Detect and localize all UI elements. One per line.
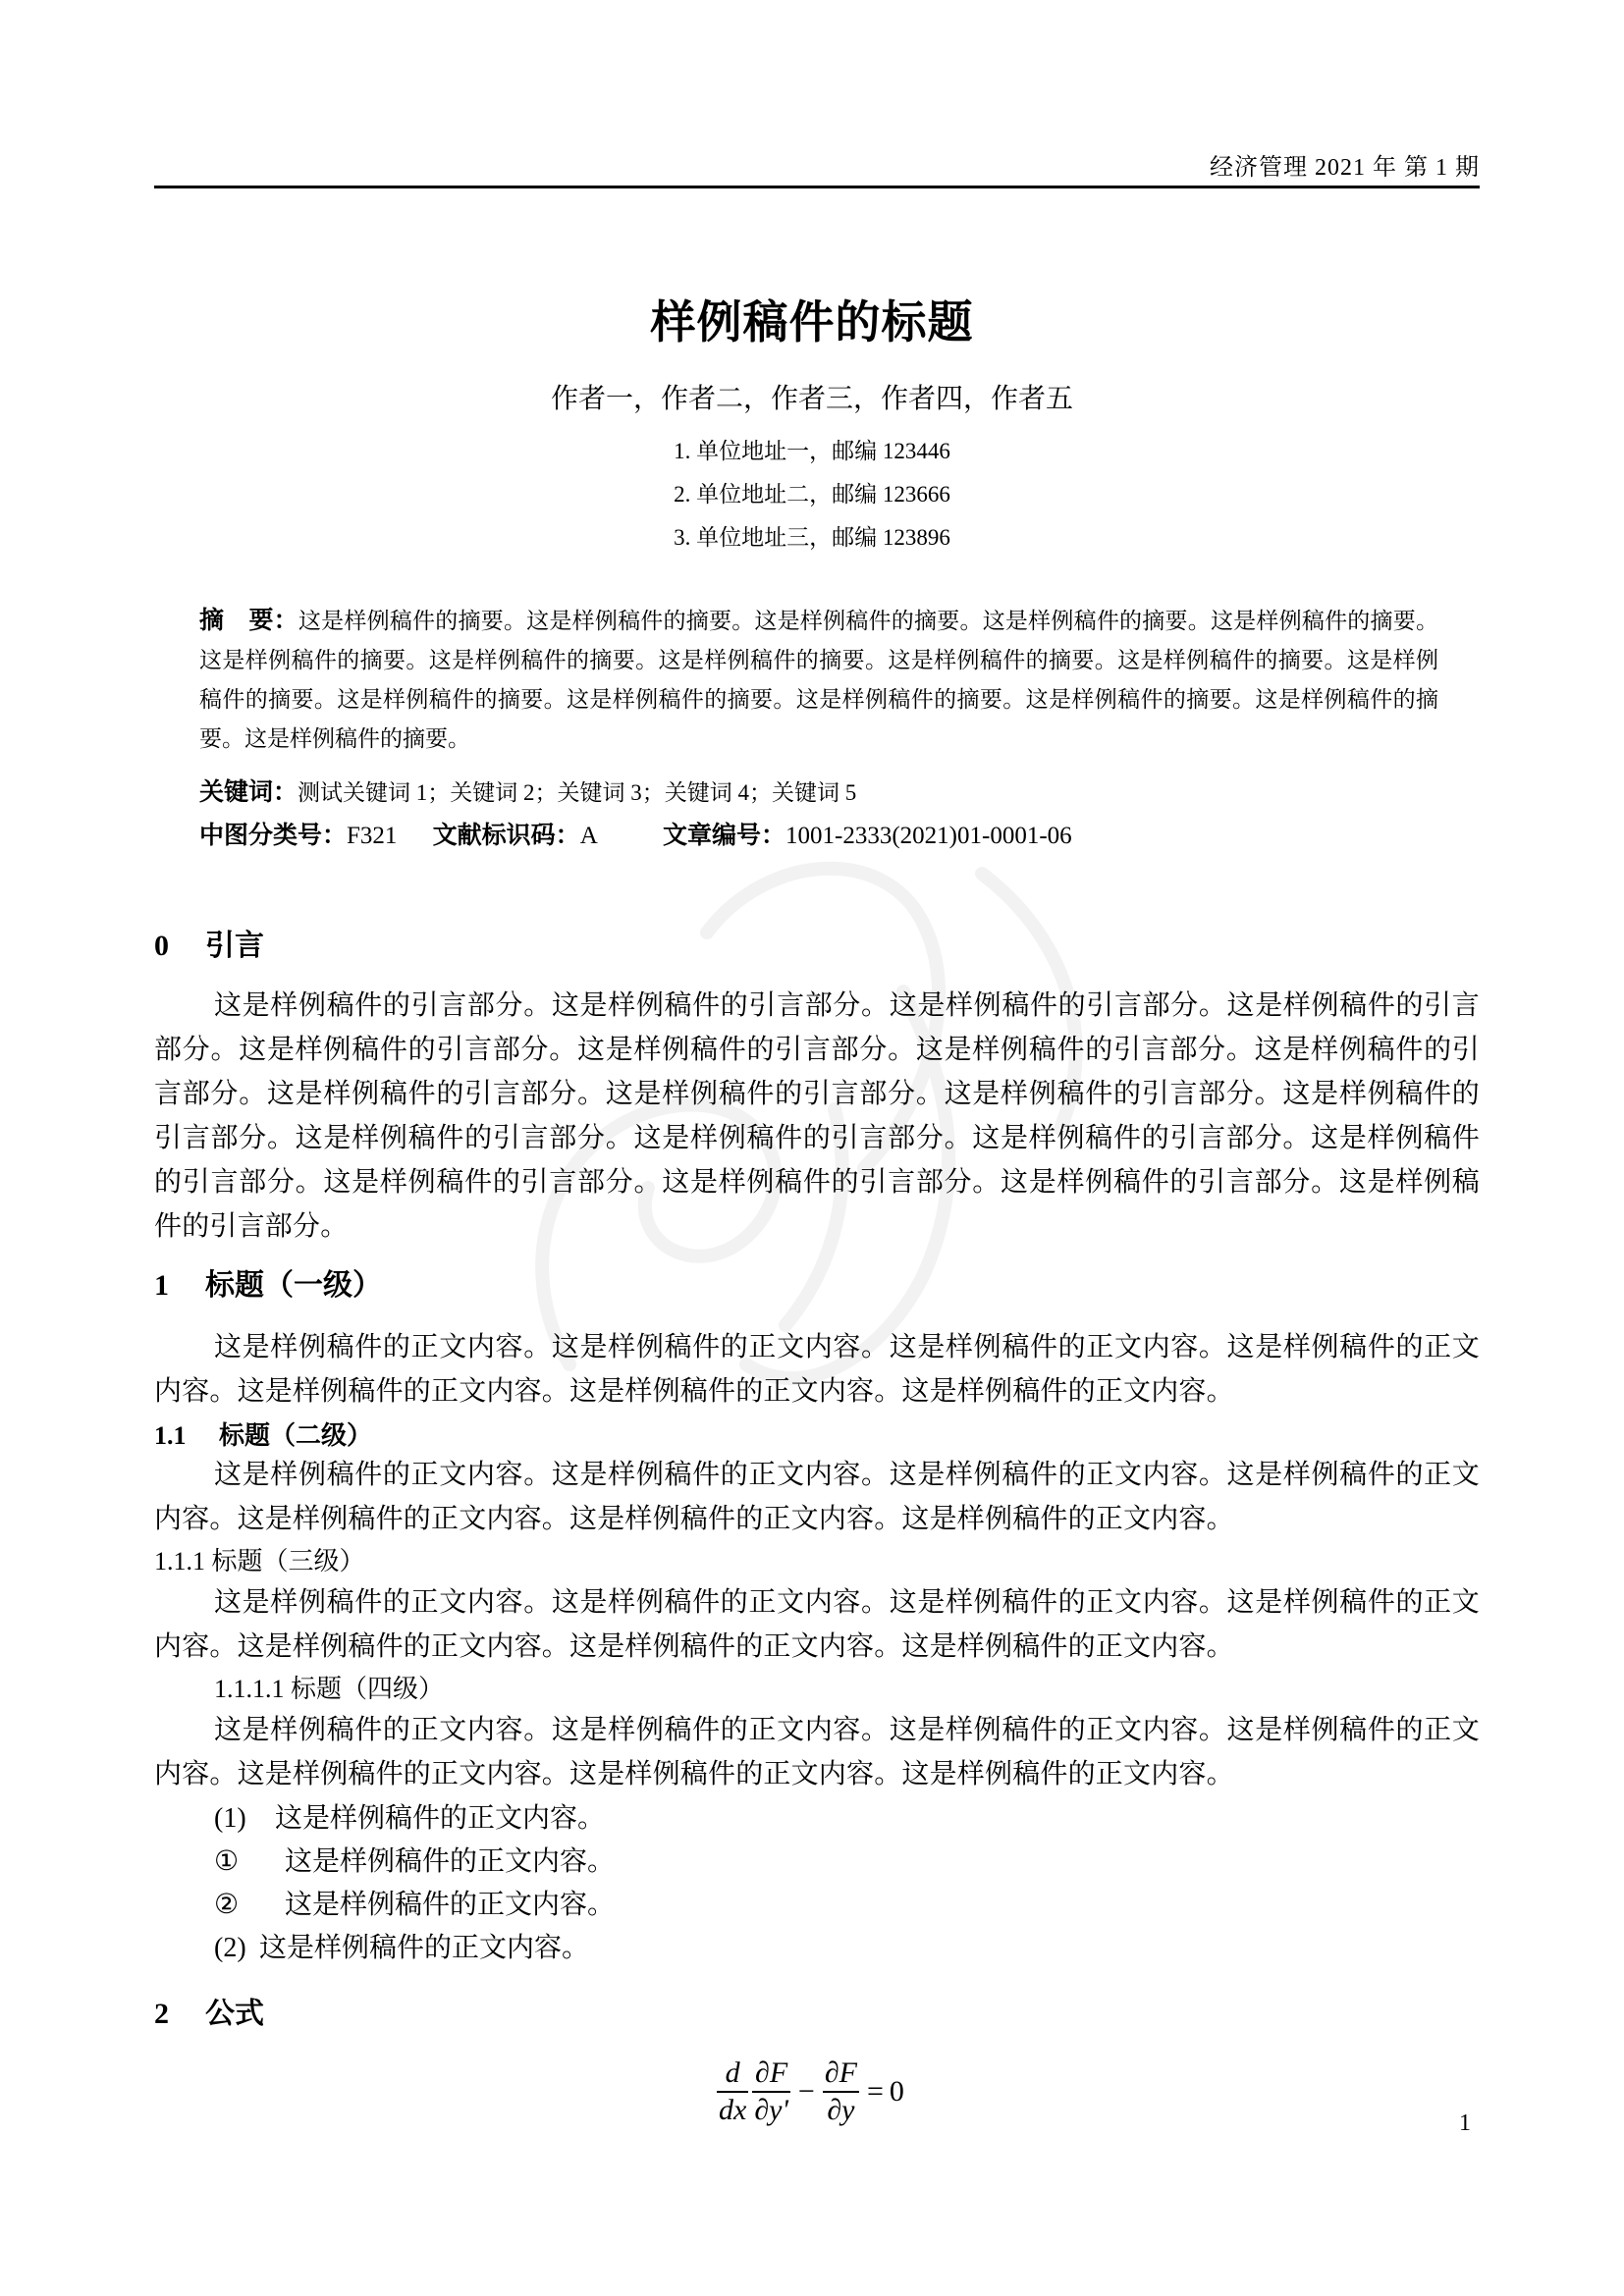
section-number: 2 [154, 1998, 205, 2031]
section-title: 引言 [205, 930, 264, 962]
doc-code-value: A [580, 823, 598, 849]
keywords-label: 关键词： [199, 778, 298, 806]
list-item: (1)这是样例稿件的正文内容。 [214, 1796, 605, 1836]
header-divider [154, 186, 1480, 188]
clc-value: F321 [347, 823, 397, 849]
section-heading-2: 2公式 [154, 1989, 264, 2032]
rhs-value: 0 [890, 2075, 904, 2109]
section-heading-1-1-1-1: 1.1.1.1 标题（四级） [214, 1669, 444, 1705]
list-item: ①这是样例稿件的正文内容。 [214, 1840, 615, 1879]
list-marker: (1) [214, 1803, 275, 1835]
paper-title: 样例稿件的标题 [0, 287, 1624, 351]
doc-code-label: 文献标识码： [433, 822, 580, 849]
abstract: 摘 要：这是样例稿件的摘要。这是样例稿件的摘要。这是样例稿件的摘要。这是样例稿件… [199, 601, 1438, 759]
fraction-dF-dyprime: ∂F ∂y' [752, 2056, 790, 2128]
list-text: 这是样例稿件的正文内容。 [285, 1846, 615, 1877]
section-number: 1 [154, 1269, 205, 1303]
affiliation-item: 2. 单位地址二，邮编 123666 [0, 473, 1624, 516]
section-1-1-1-paragraph: 这是样例稿件的正文内容。这是样例稿件的正文内容。这是样例稿件的正文内容。这是样例… [154, 1580, 1480, 1669]
section-title: 公式 [205, 1998, 264, 2030]
list-item: (2)这是样例稿件的正文内容。 [214, 1926, 589, 1965]
euler-lagrange-equation: d dx ∂F ∂y' − ∂F ∂y = 0 [715, 2056, 910, 2128]
article-number-label: 文章编号： [663, 822, 785, 849]
clc-label: 中图分类号： [199, 822, 347, 849]
article-number-value: 1001-2333(2021)01-0001-06 [785, 823, 1072, 849]
section-heading-intro: 0引言 [154, 921, 264, 964]
abstract-label: 摘 要： [199, 607, 298, 634]
classification-line: 中图分类号：F321 文献标识码：A 文章编号：1001-2333(2021)0… [199, 816, 1072, 851]
abstract-text: 这是样例稿件的摘要。这是样例稿件的摘要。这是样例稿件的摘要。这是样例稿件的摘要。… [199, 609, 1438, 751]
section-1-paragraph: 这是样例稿件的正文内容。这是样例稿件的正文内容。这是样例稿件的正文内容。这是样例… [154, 1325, 1480, 1414]
section-heading-1-1: 1.1标题（二级） [154, 1415, 372, 1452]
author-list: 作者一，作者二，作者三，作者四，作者五 [0, 377, 1624, 416]
section-1-1-paragraph: 这是样例稿件的正文内容。这是样例稿件的正文内容。这是样例稿件的正文内容。这是样例… [154, 1453, 1480, 1541]
keywords-text: 测试关键词 1；关键词 2；关键词 3；关键词 4；关键词 5 [298, 780, 856, 805]
affiliation-item: 3. 单位地址三，邮编 123896 [0, 516, 1624, 560]
paper-page: 经济管理 2021 年 第 1 期 样例稿件的标题 作者一，作者二，作者三，作者… [0, 0, 1624, 2296]
section-1-1-1-1-paragraph: 这是样例稿件的正文内容。这是样例稿件的正文内容。这是样例稿件的正文内容。这是样例… [154, 1708, 1480, 1796]
list-text: 这是样例稿件的正文内容。 [285, 1890, 615, 1920]
fraction-dF-dy: ∂F ∂y [823, 2056, 859, 2128]
list-marker: ② [214, 1888, 285, 1921]
section-title: 标题（二级） [219, 1420, 372, 1450]
keywords: 关键词：测试关键词 1；关键词 2；关键词 3；关键词 4；关键词 5 [199, 773, 856, 808]
affiliation-list: 1. 单位地址一，邮编 123446 2. 单位地址二，邮编 123666 3.… [0, 430, 1624, 560]
intro-paragraph: 这是样例稿件的引言部分。这是样例稿件的引言部分。这是样例稿件的引言部分。这是样例… [154, 984, 1480, 1249]
list-text: 这是样例稿件的正文内容。 [259, 1933, 589, 1963]
minus-sign: − [798, 2075, 815, 2109]
fraction-d-dx: d dx [717, 2056, 748, 2128]
page-number: 1 [1459, 2110, 1471, 2137]
section-heading-1: 1标题（一级） [154, 1260, 382, 1304]
section-number: 1.1 [154, 1421, 219, 1451]
equals-sign: = [867, 2075, 884, 2109]
affiliation-item: 1. 单位地址一，邮编 123446 [0, 430, 1624, 473]
section-heading-1-1-1: 1.1.1 标题（三级） [154, 1541, 365, 1577]
list-item: ②这是样例稿件的正文内容。 [214, 1883, 615, 1922]
section-title: 标题（一级） [205, 1269, 382, 1302]
list-text: 这是样例稿件的正文内容。 [275, 1803, 605, 1834]
section-number: 0 [154, 930, 205, 963]
list-marker: (2) [214, 1933, 259, 1964]
journal-running-header: 经济管理 2021 年 第 1 期 [154, 147, 1480, 182]
list-marker: ① [214, 1844, 285, 1878]
